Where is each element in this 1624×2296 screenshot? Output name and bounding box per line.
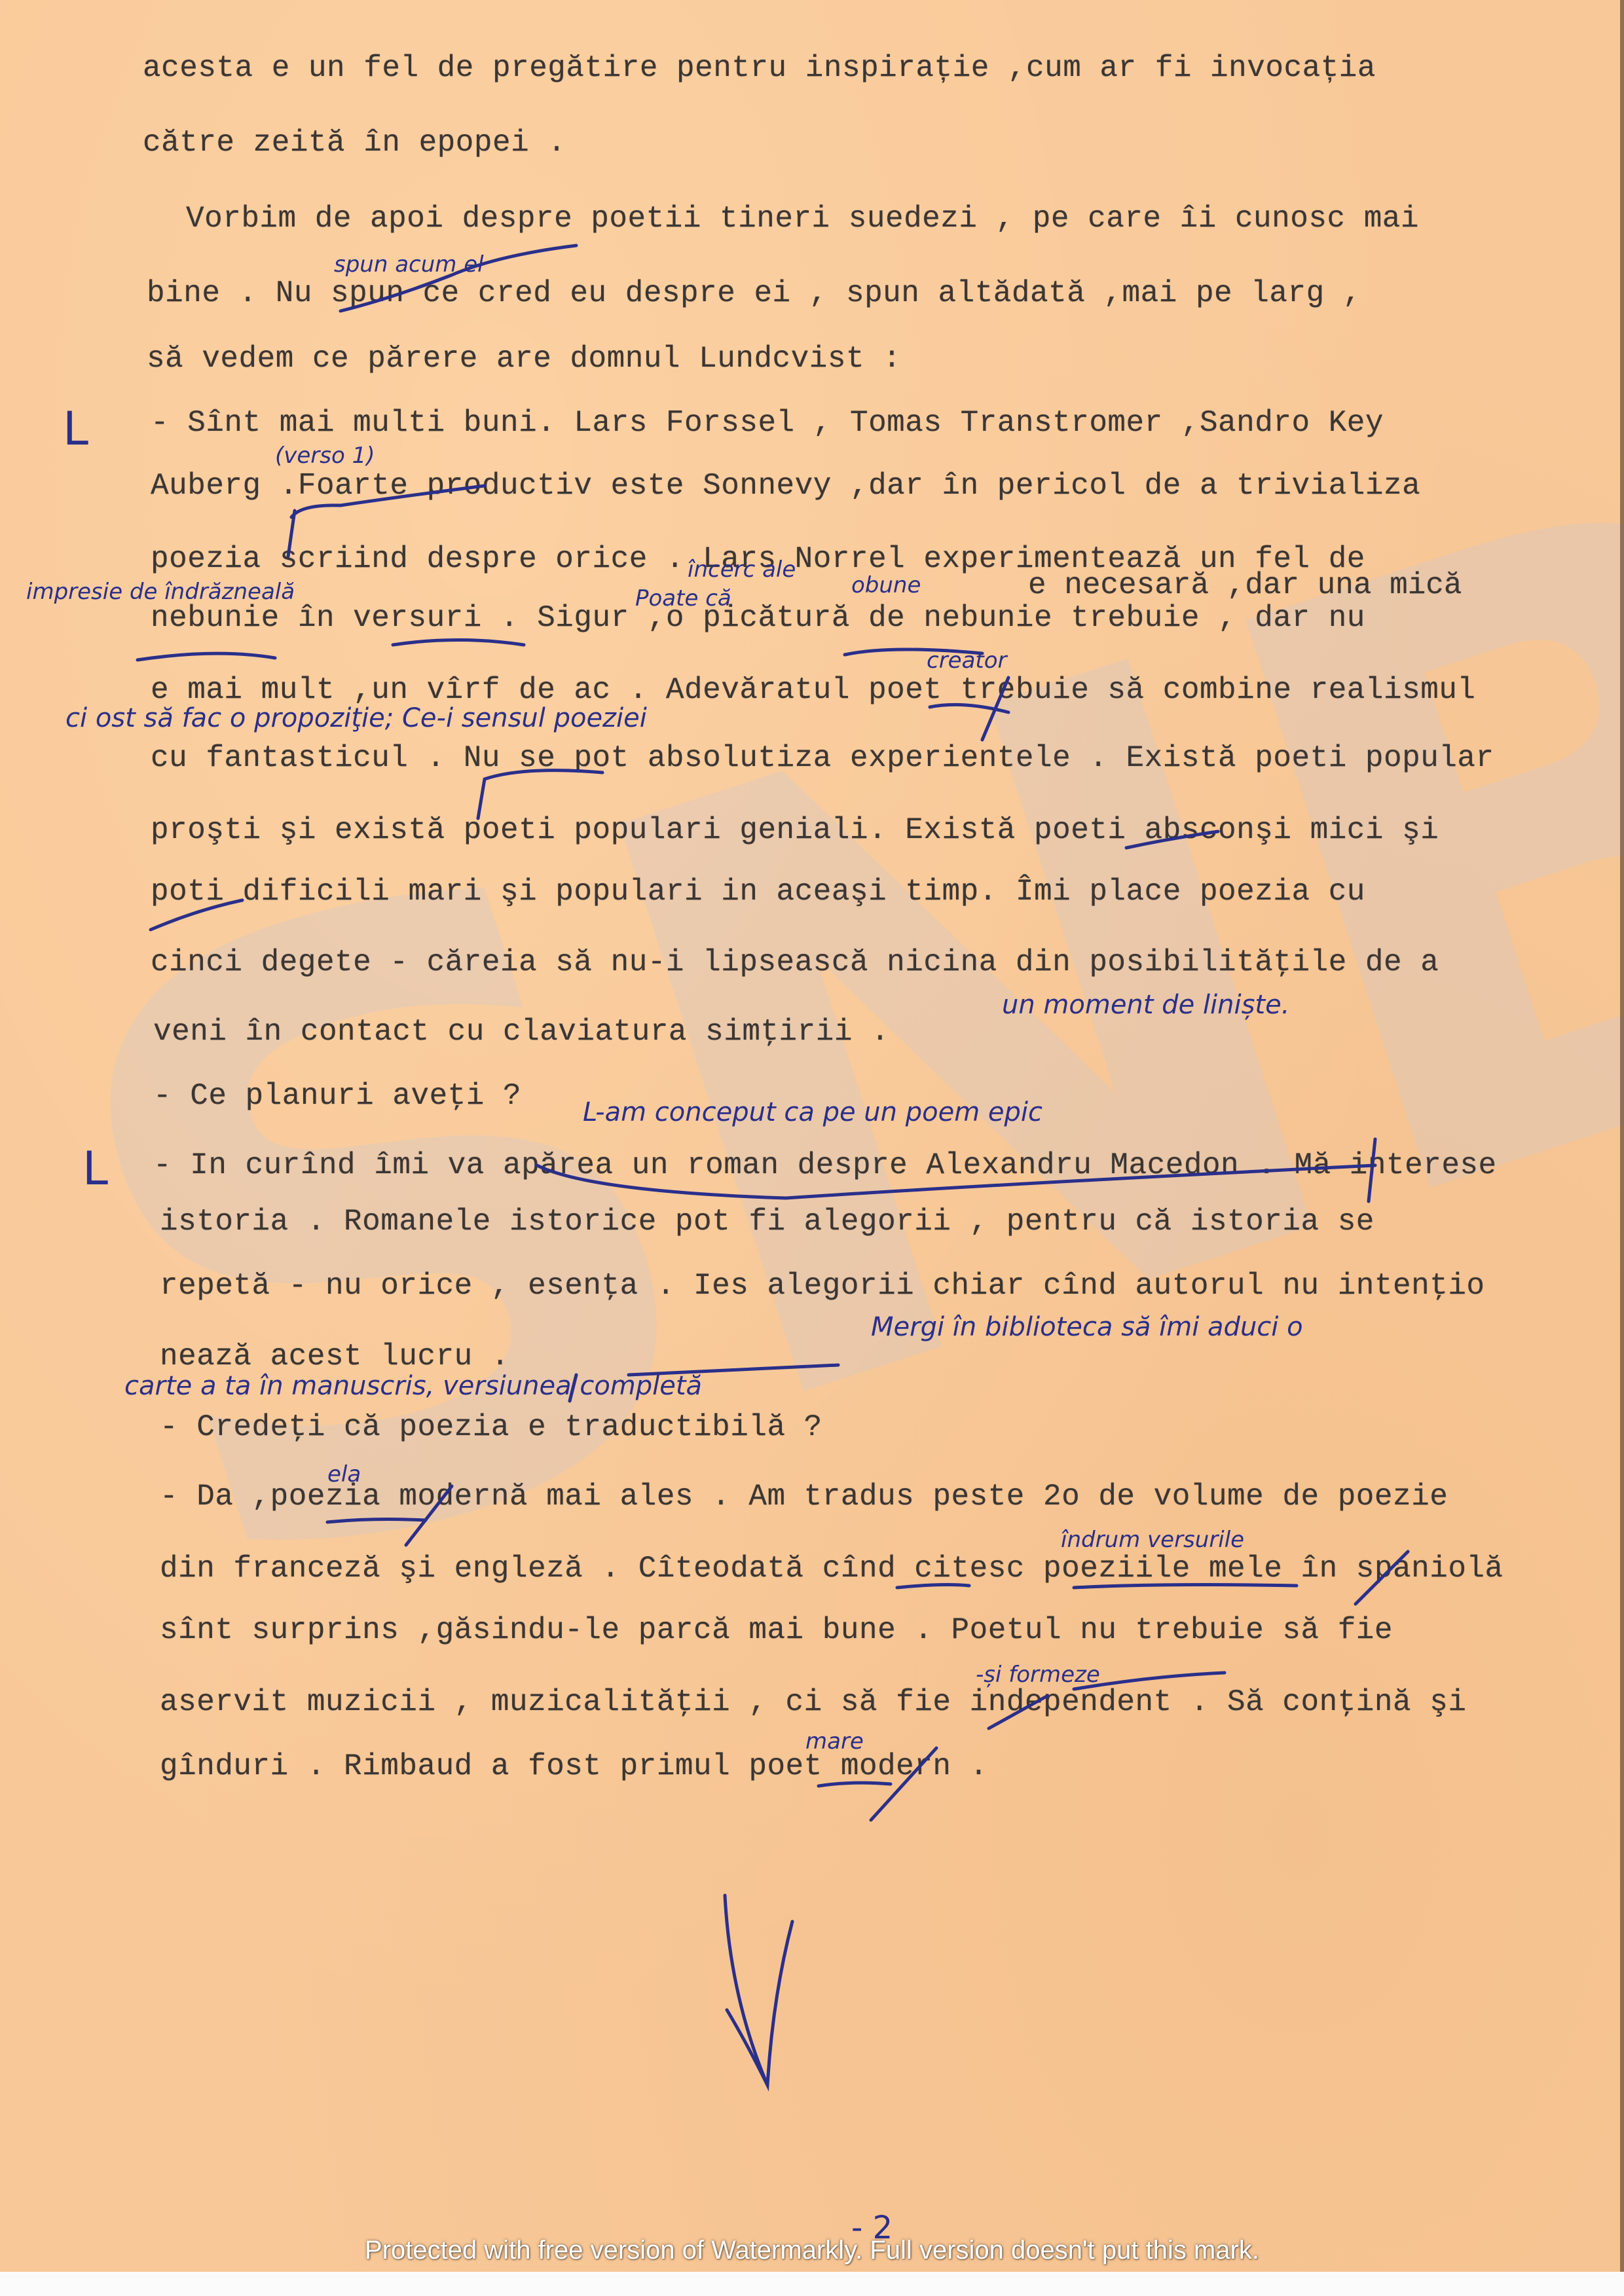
handwritten-note: (verso 1) [275, 443, 375, 469]
handwritten-note: e necesară ,dar una mică [1028, 568, 1462, 602]
handwritten-note: -și formeze [976, 1662, 1100, 1688]
typed-line: proşti şi există poeti populari geniali.… [151, 813, 1439, 847]
typed-line: acesta e un fel de pregătire pentru insp… [143, 51, 1376, 85]
handwritten-note: impresie de îndrăzneală [26, 579, 295, 605]
typed-line: aservit muzicii , muzicalităţii , ci să … [160, 1685, 1466, 1719]
page-edge [1620, 0, 1624, 2272]
typed-line: din franceză şi engleză . Cîteodată cînd… [160, 1552, 1504, 1586]
typed-line: Auberg .Foarte productiv este Sonnevy ,d… [151, 469, 1420, 503]
typed-line: - In curînd îmi va apărea un roman despr… [153, 1148, 1497, 1182]
typed-line: cu fantasticul . Nu se pot absolutiza ex… [151, 741, 1494, 775]
handwritten-note: L-am conceput ca pe un poem epic [583, 1097, 1043, 1127]
typed-line: bine . Nu spun ce cred eu despre ei , sp… [147, 276, 1361, 310]
typed-line: veni în contact cu claviatura simţirii . [153, 1015, 889, 1049]
handwritten-note: încerc ale [688, 556, 796, 583]
typed-line: cinci degete - căreia să nu-i lipsească … [151, 945, 1439, 979]
typed-line: sînt surprins ,găsindu-le parcă mai bune… [160, 1613, 1393, 1647]
handwritten-note: Poate că [635, 585, 731, 611]
handwritten-note: carte a ta în manuscris, versiunea compl… [124, 1371, 702, 1401]
handwritten-note: ci ost să fac o propoziţie; Ce-i sensul … [65, 703, 647, 733]
typed-line: poti dificili mari şi populari in aceaşi… [151, 875, 1365, 909]
typed-line: repetă - nu orice , esenţa . Ies alegori… [160, 1269, 1485, 1303]
handwritten-note: Mergi în biblioteca să îmi aduci o [871, 1312, 1303, 1342]
typed-line: gînduri . Rimbaud a fost primul poet mod… [160, 1749, 988, 1783]
handwritten-note: ela [327, 1461, 361, 1487]
scan-bottom-margin [0, 2272, 1624, 2296]
typed-line: istoria . Romanele istorice pot fi alego… [160, 1205, 1375, 1239]
typed-line: către zeită în epopei . [143, 126, 566, 160]
watermark-notice: Protected with free version of Watermark… [0, 2236, 1624, 2265]
typed-line: e mai mult ,un vîrf de ac . Adevăratul p… [151, 673, 1476, 707]
typed-line: să vedem ce părere are domnul Lundcvist … [147, 342, 901, 376]
handwritten-note: L [83, 1142, 108, 1195]
handwritten-note: obune [851, 572, 921, 598]
typed-line: - Sînt mai multi buni. Lars Forssel , To… [151, 406, 1384, 440]
handwritten-note: L [63, 402, 88, 456]
typed-line: Vorbim de apoi despre poetii tineri sued… [186, 202, 1419, 236]
handwritten-note: un moment de liniște. [1002, 990, 1289, 1020]
handwritten-note: creator [927, 647, 1007, 674]
handwritten-note: spun acum el [334, 251, 484, 278]
typed-line: nebunie în versuri . Sigur ,o picătură d… [151, 601, 1365, 635]
handwritten-note: îndrum versurile [1061, 1527, 1244, 1553]
typed-line: - Ce planuri aveţi ? [153, 1079, 521, 1113]
typed-line: - Credeţi că poezia e traductibilă ? [160, 1410, 822, 1444]
handwritten-note: mare [805, 1728, 864, 1755]
typed-line: nează acest lucru . [160, 1339, 509, 1374]
